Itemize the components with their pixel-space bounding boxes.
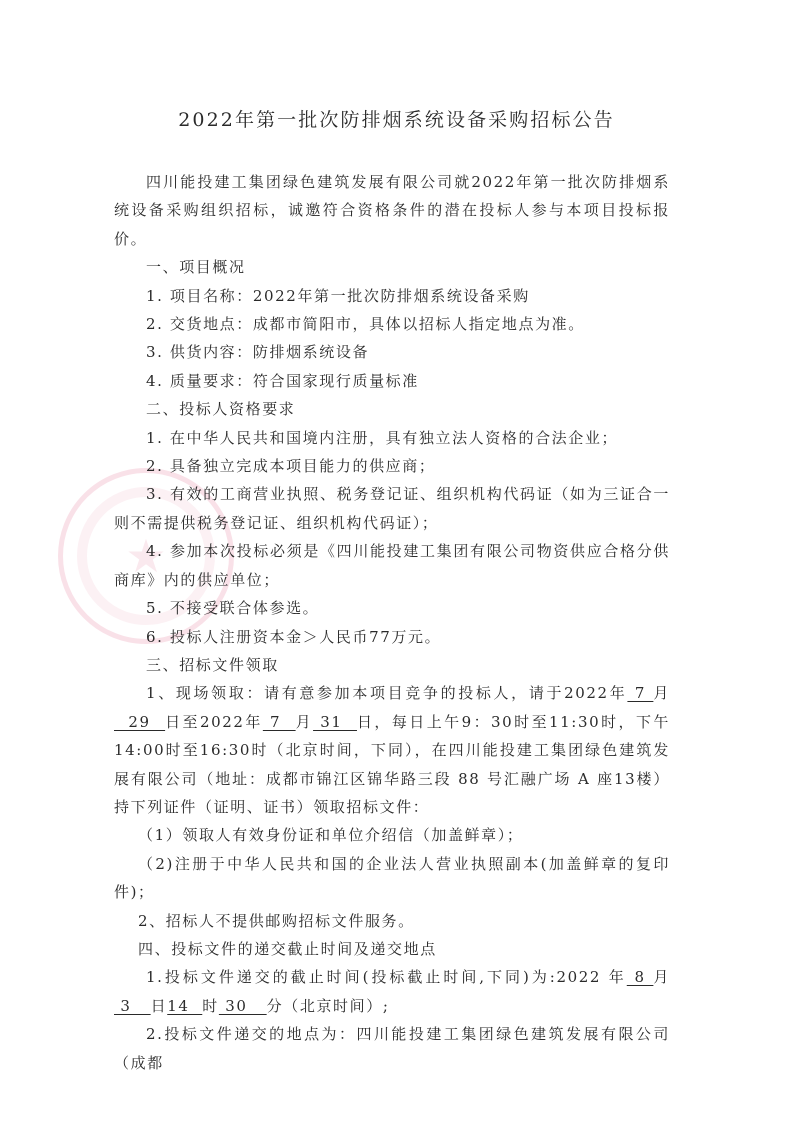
deadline-hour: 14 (167, 997, 202, 1015)
required-document-item: （1）领取人有效身份证和单位介绍信（加盖鲜章）； (114, 821, 670, 849)
document-title: 2022年第一批次防排烟系统设备采购招标公告 (0, 108, 793, 132)
day-label: 日 (151, 997, 168, 1015)
deadline-suffix: 分（北京时间）; (267, 997, 390, 1015)
list-item: 3. 供货内容：防排烟系统设备 (114, 338, 670, 366)
month-label: 月 (653, 968, 670, 986)
section-heading: 二、投标人资格要求 (114, 395, 670, 423)
deadline-day: 3 (114, 997, 151, 1015)
deadline-minute: 30 (219, 997, 267, 1015)
list-item: 4. 质量要求：符合国家现行质量标准 (114, 367, 670, 395)
section-heading: 一、项目概况 (114, 253, 670, 281)
pickup-mid: 日至2022年 (165, 713, 263, 731)
deadline-paragraph: 1.投标文件递交的截止时间(投标截止时间,下同)为:2022 年 8 月 3 日… (114, 963, 670, 1020)
pickup-start-day: 29 (114, 713, 165, 731)
hour-label: 时 (202, 997, 219, 1015)
list-item: 2. 具备独立完成本项目能力的供应商； (114, 452, 670, 480)
list-item: 2. 交货地点：成都市简阳市，具体以招标人指定地点为准。 (114, 310, 670, 338)
section-heading: 四、投标文件的递交截止时间及递交地点 (114, 935, 670, 963)
section-heading: 三、招标文件领取 (114, 651, 670, 679)
pickup-end-day: 31 (313, 713, 357, 731)
document-body: 四川能投建工集团绿色建筑发展有限公司就2022年第一批次防排烟系统设备采购组织招… (114, 168, 670, 1077)
list-item: 1. 在中华人民共和国境内注册，具有独立法人资格的合法企业； (114, 424, 670, 452)
no-mail-note: 2、招标人不提供邮购招标文件服务。 (114, 907, 670, 935)
pickup-start-month: 7 (627, 684, 653, 702)
deadline-prefix: 1.投标文件递交的截止时间(投标截止时间,下同)为:2022 年 (146, 968, 627, 986)
month-label: 月 (296, 713, 313, 731)
list-item: 6. 投标人注册资本金＞人民币77万元。 (114, 623, 670, 651)
pickup-end-month: 7 (263, 713, 296, 731)
document-page: ★ 2022年第一批次防排烟系统设备采购招标公告 四川能投建工集团绿色建筑发展有… (0, 0, 793, 1123)
submission-location: 2.投标文件递交的地点为：四川能投建工集团绿色建筑发展有限公司（成都 (114, 1020, 670, 1077)
list-item: 5. 不接受联合体参选。 (114, 594, 670, 622)
required-document-item: （2)注册于中华人民共和国的企业法人营业执照副本(加盖鲜章的复印件)； (114, 850, 670, 907)
month-label: 月 (653, 684, 670, 702)
pickup-prefix: 1、现场领取：请有意参加本项目竞争的投标人，请于2022年 (146, 684, 627, 702)
list-item: 4. 参加本次投标必须是《四川能投建工集团有限公司物资供应合格分供商库》内的供应… (114, 537, 670, 594)
list-item: 1. 项目名称：2022年第一批次防排烟系统设备采购 (114, 282, 670, 310)
pickup-paragraph: 1、现场领取：请有意参加本项目竞争的投标人，请于2022年 7 月 29 日至2… (114, 679, 670, 821)
deadline-month: 8 (627, 968, 654, 986)
list-item: 3. 有效的工商营业执照、税务登记证、组织机构代码证（如为三证合一则不需提供税务… (114, 480, 670, 537)
intro-paragraph: 四川能投建工集团绿色建筑发展有限公司就2022年第一批次防排烟系统设备采购组织招… (114, 168, 670, 253)
